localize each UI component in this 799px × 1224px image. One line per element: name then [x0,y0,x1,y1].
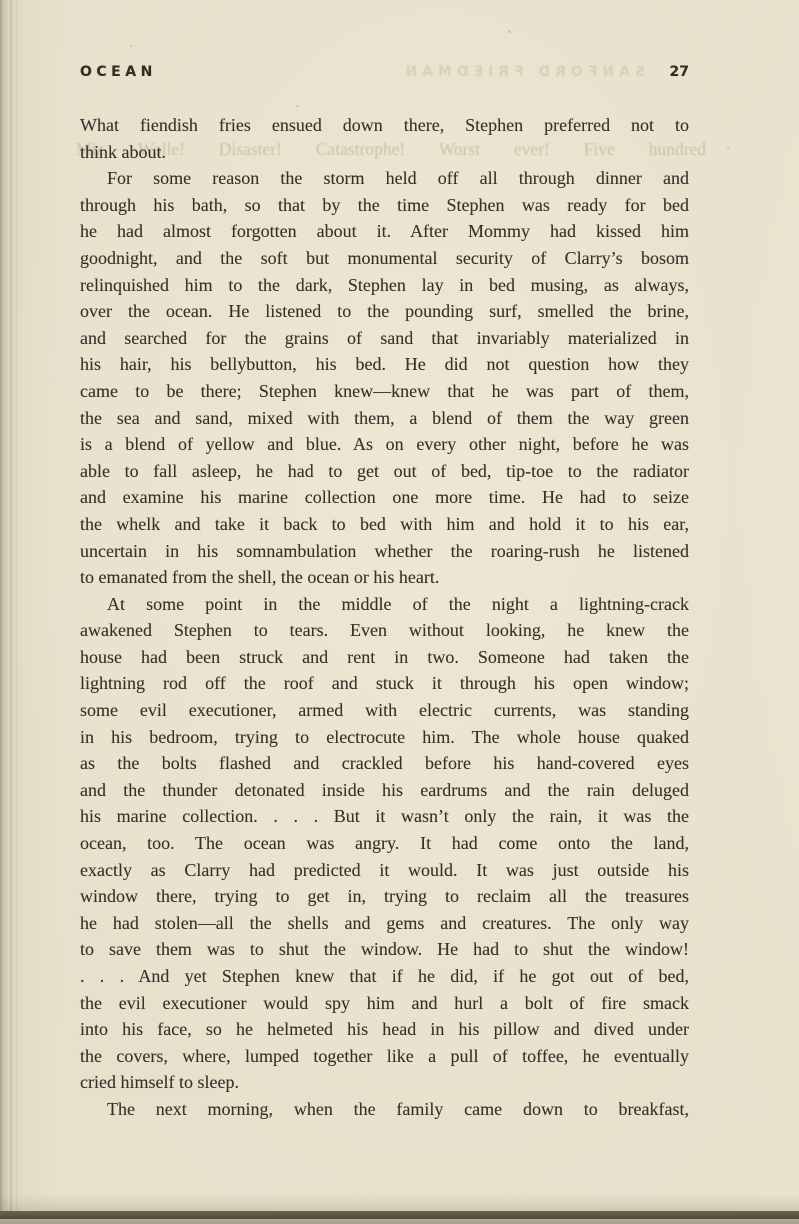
running-header-title: OCEAN [80,64,157,80]
body-text: What fiendish fries ensued down there, S… [80,112,689,1123]
text-line: came to be there; Stephen knew—knew that… [80,378,689,405]
text-line: his hair, his bellybutton, his bed. He d… [80,351,689,378]
text-line: relinquished him to the dark, Stephen la… [80,272,689,299]
text-line: able to fall asleep, he had to get out o… [80,458,689,485]
text-line: ocean, too. The ocean was angry. It had … [80,830,689,857]
text-line: some evil executioner, armed with electr… [80,697,689,724]
text-line: the sea and sand, mixed with them, a ble… [80,405,689,432]
page-bottom-shadow [0,1194,799,1212]
page-left-edge [0,0,8,1224]
text-line: exactly as Clarry had predicted it would… [80,857,689,884]
text-line: At some point in the middle of the night… [80,591,689,618]
text-line: into his face, so he helmeted his head i… [80,1016,689,1043]
text-line: and examine his marine collection one mo… [80,484,689,511]
text-line: and searched for the grains of sand that… [80,325,689,352]
text-line: house had been struck and rent in two. S… [80,644,689,671]
page-left-crease [10,0,13,1224]
text-line: the covers, where, lumped together like … [80,1043,689,1070]
text-line: think about. [80,139,689,166]
text-line: to save them was to shut the window. He … [80,936,689,963]
text-line: uncertain in his somnambulation whether … [80,538,689,565]
book-page-scan: SANFORD FRIEDMAN Miz Wolle! Disaster! Ca… [0,0,799,1224]
text-line: to emanated from the shell, the ocean or… [80,564,689,591]
text-line: window there, trying to get in, trying t… [80,883,689,910]
text-line: awakened Stephen to tears. Even without … [80,617,689,644]
text-line: his marine collection. . . . But it wasn… [80,803,689,830]
text-line: he had almost forgotten about it. After … [80,218,689,245]
text-line: he had stolen—all the shells and gems an… [80,910,689,937]
page-left-crease-secondary [16,0,18,1224]
page-number: 27 [670,64,689,80]
text-line: as the bolts flashed and crackled before… [80,750,689,777]
text-line: through his bath, so that by the time St… [80,192,689,219]
text-line: over the ocean. He listened to the pound… [80,298,689,325]
running-header: OCEAN 27 [80,64,689,86]
text-line: the whelk and take it back to bed with h… [80,511,689,538]
text-line: in his bedroom, trying to electrocute hi… [80,724,689,751]
text-line: and the thunder detonated inside his ear… [80,777,689,804]
text-line: the evil executioner would spy him and h… [80,990,689,1017]
paper-speck [508,30,511,33]
text-line: . . . And yet Stephen knew that if he di… [80,963,689,990]
text-line: What fiendish fries ensued down there, S… [80,112,689,139]
text-line: The next morning, when the family came d… [80,1096,689,1123]
text-line: is a blend of yellow and blue. As on eve… [80,431,689,458]
page-bottom-edge-light [0,1219,799,1224]
page-bottom-edge-dark [0,1211,799,1219]
text-line: cried himself to sleep. [80,1069,689,1096]
paper-speck [130,45,132,47]
text-line: lightning rod off the roof and stuck it … [80,670,689,697]
paper-speck [727,146,730,149]
text-line: For some reason the storm held off all t… [80,165,689,192]
text-line: goodnight, and the soft but monumental s… [80,245,689,272]
paper-speck [296,105,299,107]
